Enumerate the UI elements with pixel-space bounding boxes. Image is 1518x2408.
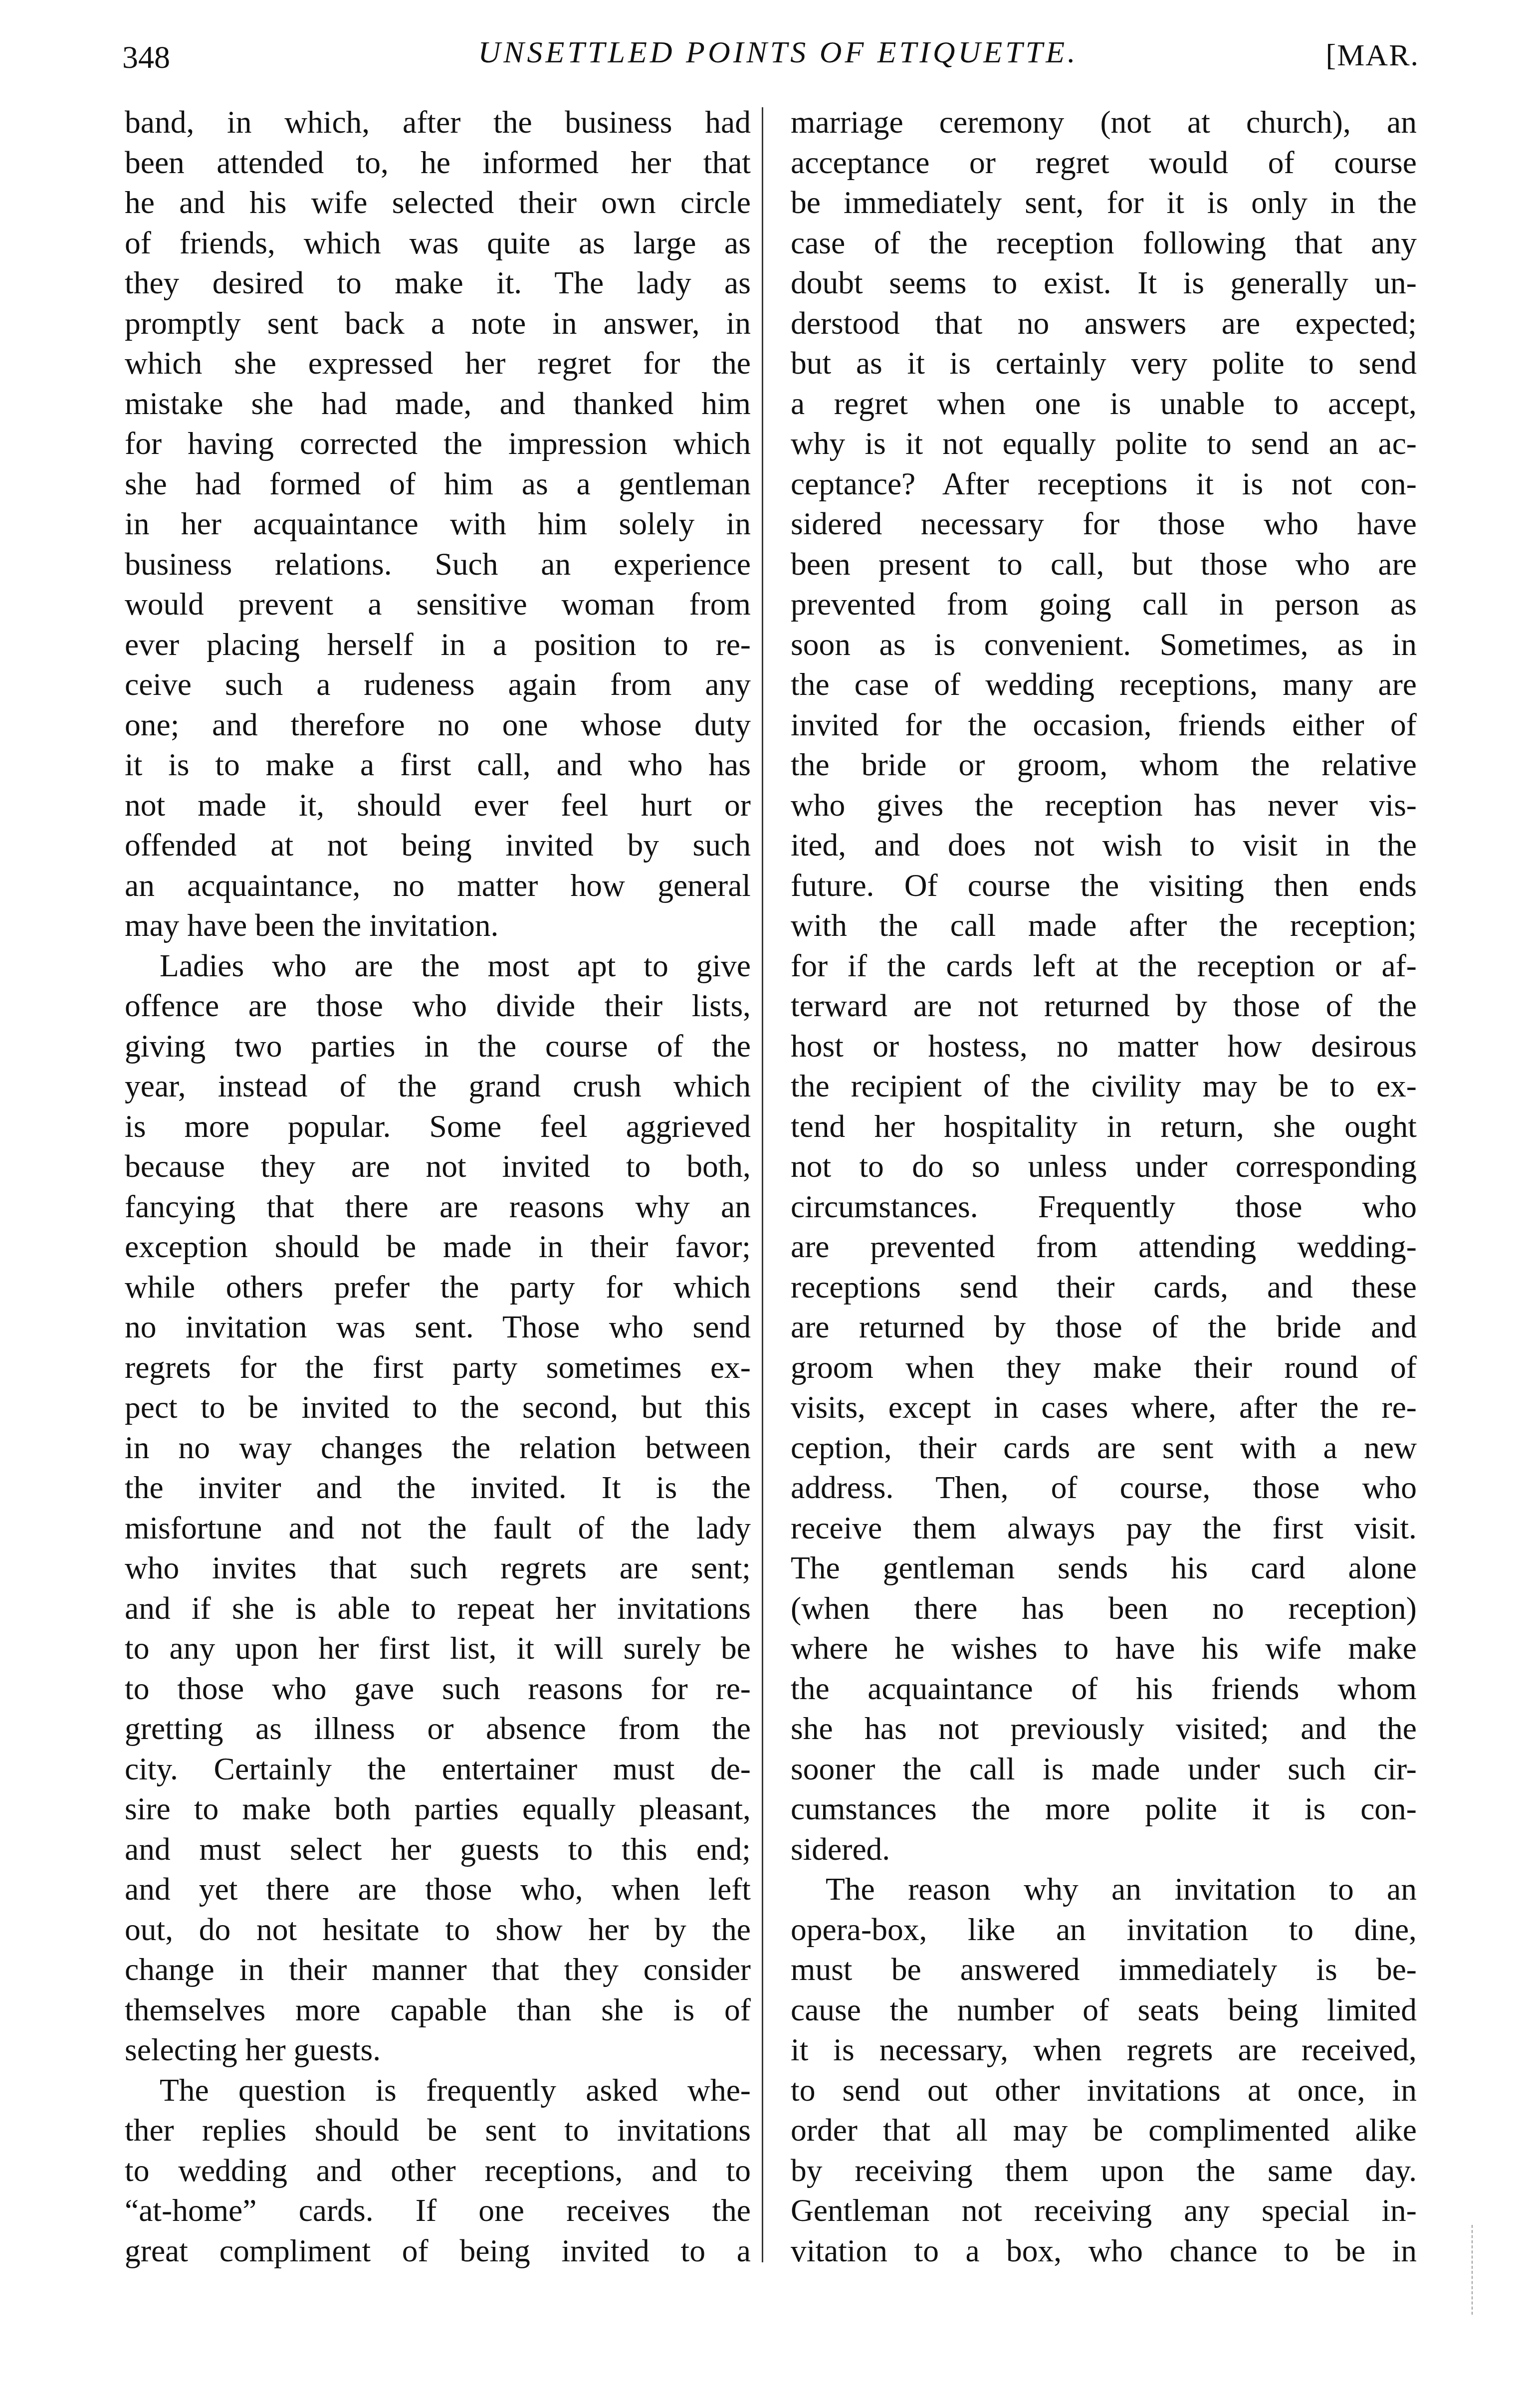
text-line: it is necessary, when regrets are receiv…: [791, 2030, 1417, 2070]
text-line: it is to make a first call, and who has: [125, 745, 751, 785]
text-line: while others prefer the party for which: [125, 1267, 751, 1308]
text-line: change in their manner that they conside…: [125, 1950, 751, 1990]
scan-edge-mark: [1472, 2225, 1474, 2315]
text-line: gretting as illness or absence from the: [125, 1709, 751, 1749]
text-line: terward are not returned by those of the: [791, 986, 1417, 1026]
text-line: in no way changes the relation between: [125, 1428, 751, 1468]
text-line: not to do so unless under corresponding: [791, 1146, 1417, 1187]
text-line: prevented from going call in person as: [791, 584, 1417, 625]
text-line: promptly sent back a note in answer, in: [125, 303, 751, 344]
right-column: marriage ceremony (not at church), anacc…: [791, 102, 1417, 2271]
text-line: he and his wife selected their own circl…: [125, 183, 751, 223]
text-line: with the call made after the reception;: [791, 905, 1417, 946]
text-line: address. Then, of course, those who: [791, 1468, 1417, 1508]
text-line: would prevent a sensitive woman from: [125, 584, 751, 625]
text-line: where he wishes to have his wife make: [791, 1628, 1417, 1669]
text-line: doubt seems to exist. It is generally un…: [791, 263, 1417, 303]
text-line: band, in which, after the business had: [125, 102, 751, 143]
text-line: exception should be made in their favor;: [125, 1227, 751, 1267]
text-line: and yet there are those who, when left: [125, 1869, 751, 1910]
text-line: “at-home” cards. If one receives the: [125, 2190, 751, 2231]
text-line: case of the reception following that any: [791, 223, 1417, 263]
text-line: who invites that such regrets are sent;: [125, 1548, 751, 1588]
text-line: may have been the invitation.: [125, 905, 751, 946]
text-line: mistake she had made, and thanked him: [125, 384, 751, 424]
text-line: the acquaintance of his friends whom: [791, 1669, 1417, 1709]
text-line: receptions send their cards, and these: [791, 1267, 1417, 1308]
text-line: year, instead of the grand crush which: [125, 1066, 751, 1106]
text-line: Ladies who are the most apt to give: [125, 946, 751, 986]
text-line: sidered.: [791, 1829, 1417, 1870]
column-divider: [762, 107, 763, 2262]
text-line: not made it, should ever feel hurt or: [125, 785, 751, 826]
text-line: Gentleman not receiving any special in-: [791, 2190, 1417, 2231]
text-line: ception, their cards are sent with a new: [791, 1428, 1417, 1468]
text-line: one; and therefore no one whose duty: [125, 705, 751, 745]
text-line: to send out other invitations at once, i…: [791, 2070, 1417, 2111]
text-line: ever placing herself in a position to re…: [125, 625, 751, 665]
text-line: she has not previously visited; and the: [791, 1709, 1417, 1749]
text-line: the bride or groom, whom the relative: [791, 745, 1417, 785]
text-line: vitation to a box, who chance to be in: [791, 2231, 1417, 2271]
document-page: 348 UNSETTLED POINTS OF ETIQUETTE. [MAR.…: [0, 0, 1518, 2408]
text-line: The reason why an invitation to an: [791, 1869, 1417, 1910]
text-line: and if she is able to repeat her invitat…: [125, 1588, 751, 1629]
text-line: and must select her guests to this end;: [125, 1829, 751, 1870]
text-line: why is it not equally polite to send an …: [791, 424, 1417, 464]
text-line: opera-box, like an invitation to dine,: [791, 1910, 1417, 1950]
text-line: to any upon her first list, it will sure…: [125, 1628, 751, 1669]
text-line: marriage ceremony (not at church), an: [791, 102, 1417, 143]
text-line: sidered necessary for those who have: [791, 504, 1417, 544]
text-line: tend her hospitality in return, she ough…: [791, 1106, 1417, 1147]
text-line: great compliment of being invited to a: [125, 2231, 751, 2271]
text-line: is more popular. Some feel aggrieved: [125, 1106, 751, 1147]
text-line: are returned by those of the bride and: [791, 1307, 1417, 1347]
text-line: pect to be invited to the second, but th…: [125, 1387, 751, 1428]
text-line: offended at not being invited by such: [125, 825, 751, 866]
running-title: UNSETTLED POINTS OF ETIQUETTE.: [419, 35, 1137, 70]
text-line: to those who gave such reasons for re-: [125, 1669, 751, 1709]
text-line: who gives the reception has never vis-: [791, 785, 1417, 826]
text-line: ther replies should be sent to invitatio…: [125, 2110, 751, 2151]
text-line: offence are those who divide their lists…: [125, 986, 751, 1026]
text-line: The gentleman sends his card alone: [791, 1548, 1417, 1588]
text-line: because they are not invited to both,: [125, 1146, 751, 1187]
running-header: 348 UNSETTLED POINTS OF ETIQUETTE. [MAR.: [122, 30, 1419, 100]
text-line: no invitation was sent. Those who send: [125, 1307, 751, 1347]
text-line: a regret when one is unable to accept,: [791, 384, 1417, 424]
text-line: to wedding and other receptions, and to: [125, 2151, 751, 2191]
text-line: of friends, which was quite as large as: [125, 223, 751, 263]
left-column: band, in which, after the business hadbe…: [125, 102, 751, 2271]
text-line: sooner the call is made under such cir-: [791, 1749, 1417, 1789]
text-line: they desired to make it. The lady as: [125, 263, 751, 303]
text-line: order that all may be complimented alike: [791, 2110, 1417, 2151]
text-line: themselves more capable than she is of: [125, 1990, 751, 2030]
text-line: which she expressed her regret for the: [125, 343, 751, 384]
text-line: but as it is certainly very polite to se…: [791, 343, 1417, 384]
text-line: for having corrected the impression whic…: [125, 424, 751, 464]
page-number: 348: [122, 39, 170, 76]
text-line: cause the number of seats being limited: [791, 1990, 1417, 2030]
text-line: be immediately sent, for it is only in t…: [791, 183, 1417, 223]
text-line: are prevented from attending wedding-: [791, 1227, 1417, 1267]
text-line: derstood that no answers are expected;: [791, 303, 1417, 344]
text-line: soon as is convenient. Sometimes, as in: [791, 625, 1417, 665]
text-line: city. Certainly the entertainer must de-: [125, 1749, 751, 1789]
text-line: an acquaintance, no matter how general: [125, 866, 751, 906]
text-line: for if the cards left at the reception o…: [791, 946, 1417, 986]
text-line: she had formed of him as a gentleman: [125, 464, 751, 504]
text-line: by receiving them upon the same day.: [791, 2151, 1417, 2191]
text-line: ceive such a rudeness again from any: [125, 664, 751, 705]
text-line: must be answered immediately is be-: [791, 1950, 1417, 1990]
text-line: groom when they make their round of: [791, 1347, 1417, 1388]
text-line: regrets for the first party sometimes ex…: [125, 1347, 751, 1388]
text-line: acceptance or regret would of course: [791, 143, 1417, 183]
text-line: circumstances. Frequently those who: [791, 1187, 1417, 1227]
text-line: out, do not hesitate to show her by the: [125, 1910, 751, 1950]
text-line: receive them always pay the first visit.: [791, 1508, 1417, 1548]
text-line: ceptance? After receptions it is not con…: [791, 464, 1417, 504]
text-line: visits, except in cases where, after the…: [791, 1387, 1417, 1428]
text-line: cumstances the more polite it is con-: [791, 1789, 1417, 1829]
text-line: in her acquaintance with him solely in: [125, 504, 751, 544]
text-line: misfortune and not the fault of the lady: [125, 1508, 751, 1548]
text-line: host or hostess, no matter how desirous: [791, 1026, 1417, 1067]
text-line: been attended to, he informed her that: [125, 143, 751, 183]
text-line: giving two parties in the course of the: [125, 1026, 751, 1067]
text-line: the inviter and the invited. It is the: [125, 1468, 751, 1508]
text-line: invited for the occasion, friends either…: [791, 705, 1417, 745]
text-line: sire to make both parties equally pleasa…: [125, 1789, 751, 1829]
text-line: ited, and does not wish to visit in the: [791, 825, 1417, 866]
section-mark: [MAR.: [1326, 38, 1419, 73]
text-line: future. Of course the visiting then ends: [791, 866, 1417, 906]
text-line: the case of wedding receptions, many are: [791, 664, 1417, 705]
text-line: selecting her guests.: [125, 2030, 751, 2070]
text-line: been present to call, but those who are: [791, 544, 1417, 585]
text-line: business relations. Such an experience: [125, 544, 751, 585]
text-line: fancying that there are reasons why an: [125, 1187, 751, 1227]
text-line: the recipient of the civility may be to …: [791, 1066, 1417, 1106]
text-line: The question is frequently asked whe-: [125, 2070, 751, 2111]
text-line: (when there has been no reception): [791, 1588, 1417, 1629]
